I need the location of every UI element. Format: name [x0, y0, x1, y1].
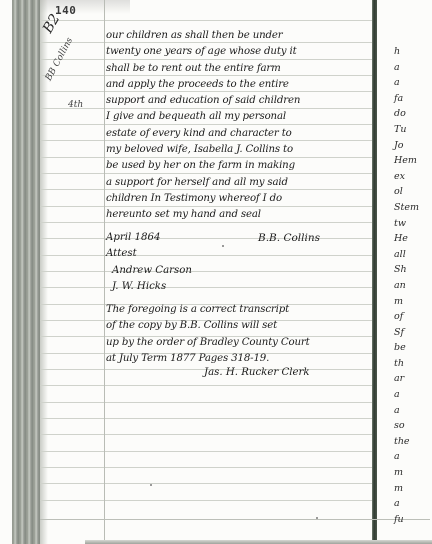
scan-speck: [150, 484, 152, 486]
text-line: children In Testimony whereof I do: [106, 191, 372, 207]
text-line: at July Term 1877 Pages 318-19.: [106, 351, 372, 367]
scan-speck: [222, 245, 224, 247]
fragment: fa: [394, 91, 432, 107]
fragment: a: [394, 387, 432, 403]
text-line: shall be to rent out the entire farm: [106, 61, 372, 77]
ruled-line: [40, 418, 372, 419]
scan-speck: [316, 517, 318, 519]
fragment: tw: [394, 216, 432, 232]
signature-date: April 1864: [106, 232, 160, 243]
fragment: the: [394, 434, 432, 450]
fragment: He: [394, 231, 432, 247]
text-line: twenty one years of age whose duty it: [106, 44, 372, 60]
fragment: Sf: [394, 325, 432, 341]
page-number: 140: [55, 4, 76, 17]
text-line: The foregoing is a correct transcript: [106, 302, 372, 318]
ruled-line: [40, 451, 372, 452]
fragment: Sh: [394, 262, 432, 278]
text-line: I give and bequeath all my personal: [106, 109, 372, 125]
text-line: be used by her on the farm in making: [106, 158, 372, 174]
attest-label: Attest: [106, 248, 137, 259]
fragment: a: [394, 403, 432, 419]
ruled-line: [40, 467, 372, 468]
fragment: be: [394, 340, 432, 356]
ruled-line: [40, 238, 372, 239]
text-line: of the copy by B.B. Collins will set: [106, 318, 372, 334]
fragment: m: [394, 481, 432, 497]
scan-smudge: [40, 0, 130, 14]
right-page-fragments: h a a fa do Tu Jo Hem ex ol Stem tw He a…: [394, 44, 432, 527]
text-line: up by the order of Bradley County Court: [106, 335, 372, 351]
fragment: ol: [394, 184, 432, 200]
fragment: fu: [394, 512, 432, 528]
fragment: a: [394, 75, 432, 91]
text-line: a support for herself and all my said: [106, 175, 372, 191]
clerk-signature: Jas. H. Rucker Clerk: [204, 367, 310, 378]
fragment: ex: [394, 169, 432, 185]
document-page: 140 B2 BB Collins 4th our children as sh…: [0, 0, 432, 544]
text-line: my beloved wife, Isabella J. Collins to: [106, 142, 372, 158]
fragment: h: [394, 44, 432, 60]
text-line: support and education of said children: [106, 93, 372, 109]
text-line: estate of every kind and character to: [106, 126, 372, 142]
witness-signature: J. W. Hicks: [112, 281, 166, 292]
will-body-text: our children as shall then be under twen…: [106, 28, 372, 224]
ruled-line: [40, 255, 372, 256]
text-line: hereunto set my hand and seal: [106, 207, 372, 223]
fragment: th: [394, 356, 432, 372]
margin-line: [104, 0, 105, 544]
ruled-line: [40, 500, 372, 501]
text-line: our children as shall then be under: [106, 28, 372, 44]
ruled-line: [40, 271, 372, 272]
fragment: all: [394, 247, 432, 263]
fragment: a: [394, 449, 432, 465]
testator-signature: B.B. Collins: [258, 232, 320, 244]
ruled-line: [40, 20, 372, 21]
certification-text: The foregoing is a correct transcript of…: [106, 302, 372, 367]
fragment: Tu: [394, 122, 432, 138]
fragment: Stem: [394, 200, 432, 216]
fragment: m: [394, 294, 432, 310]
book-binding: [12, 0, 40, 544]
fragment: so: [394, 418, 432, 434]
ruled-line: [40, 434, 372, 435]
fragment: do: [394, 106, 432, 122]
ruled-line: [40, 483, 372, 484]
ruled-line: [40, 402, 372, 403]
fragment: an: [394, 278, 432, 294]
ruled-line: [40, 287, 372, 288]
fragment: Jo: [394, 138, 432, 154]
margin-note-ordinal: 4th: [68, 100, 83, 110]
fragment: a: [394, 496, 432, 512]
fragment: m: [394, 465, 432, 481]
binding-shadow: [40, 0, 48, 544]
fragment: of: [394, 309, 432, 325]
fragment: ar: [394, 371, 432, 387]
fragment: a: [394, 60, 432, 76]
text-line: and apply the proceeds to the entire: [106, 77, 372, 93]
page-gutter: [372, 0, 377, 544]
fragment: Hem: [394, 153, 432, 169]
witness-signature: Andrew Carson: [112, 265, 192, 276]
bottom-rule: [40, 519, 430, 520]
page-bottom-edge: [85, 540, 432, 544]
ruled-line: [40, 385, 372, 386]
